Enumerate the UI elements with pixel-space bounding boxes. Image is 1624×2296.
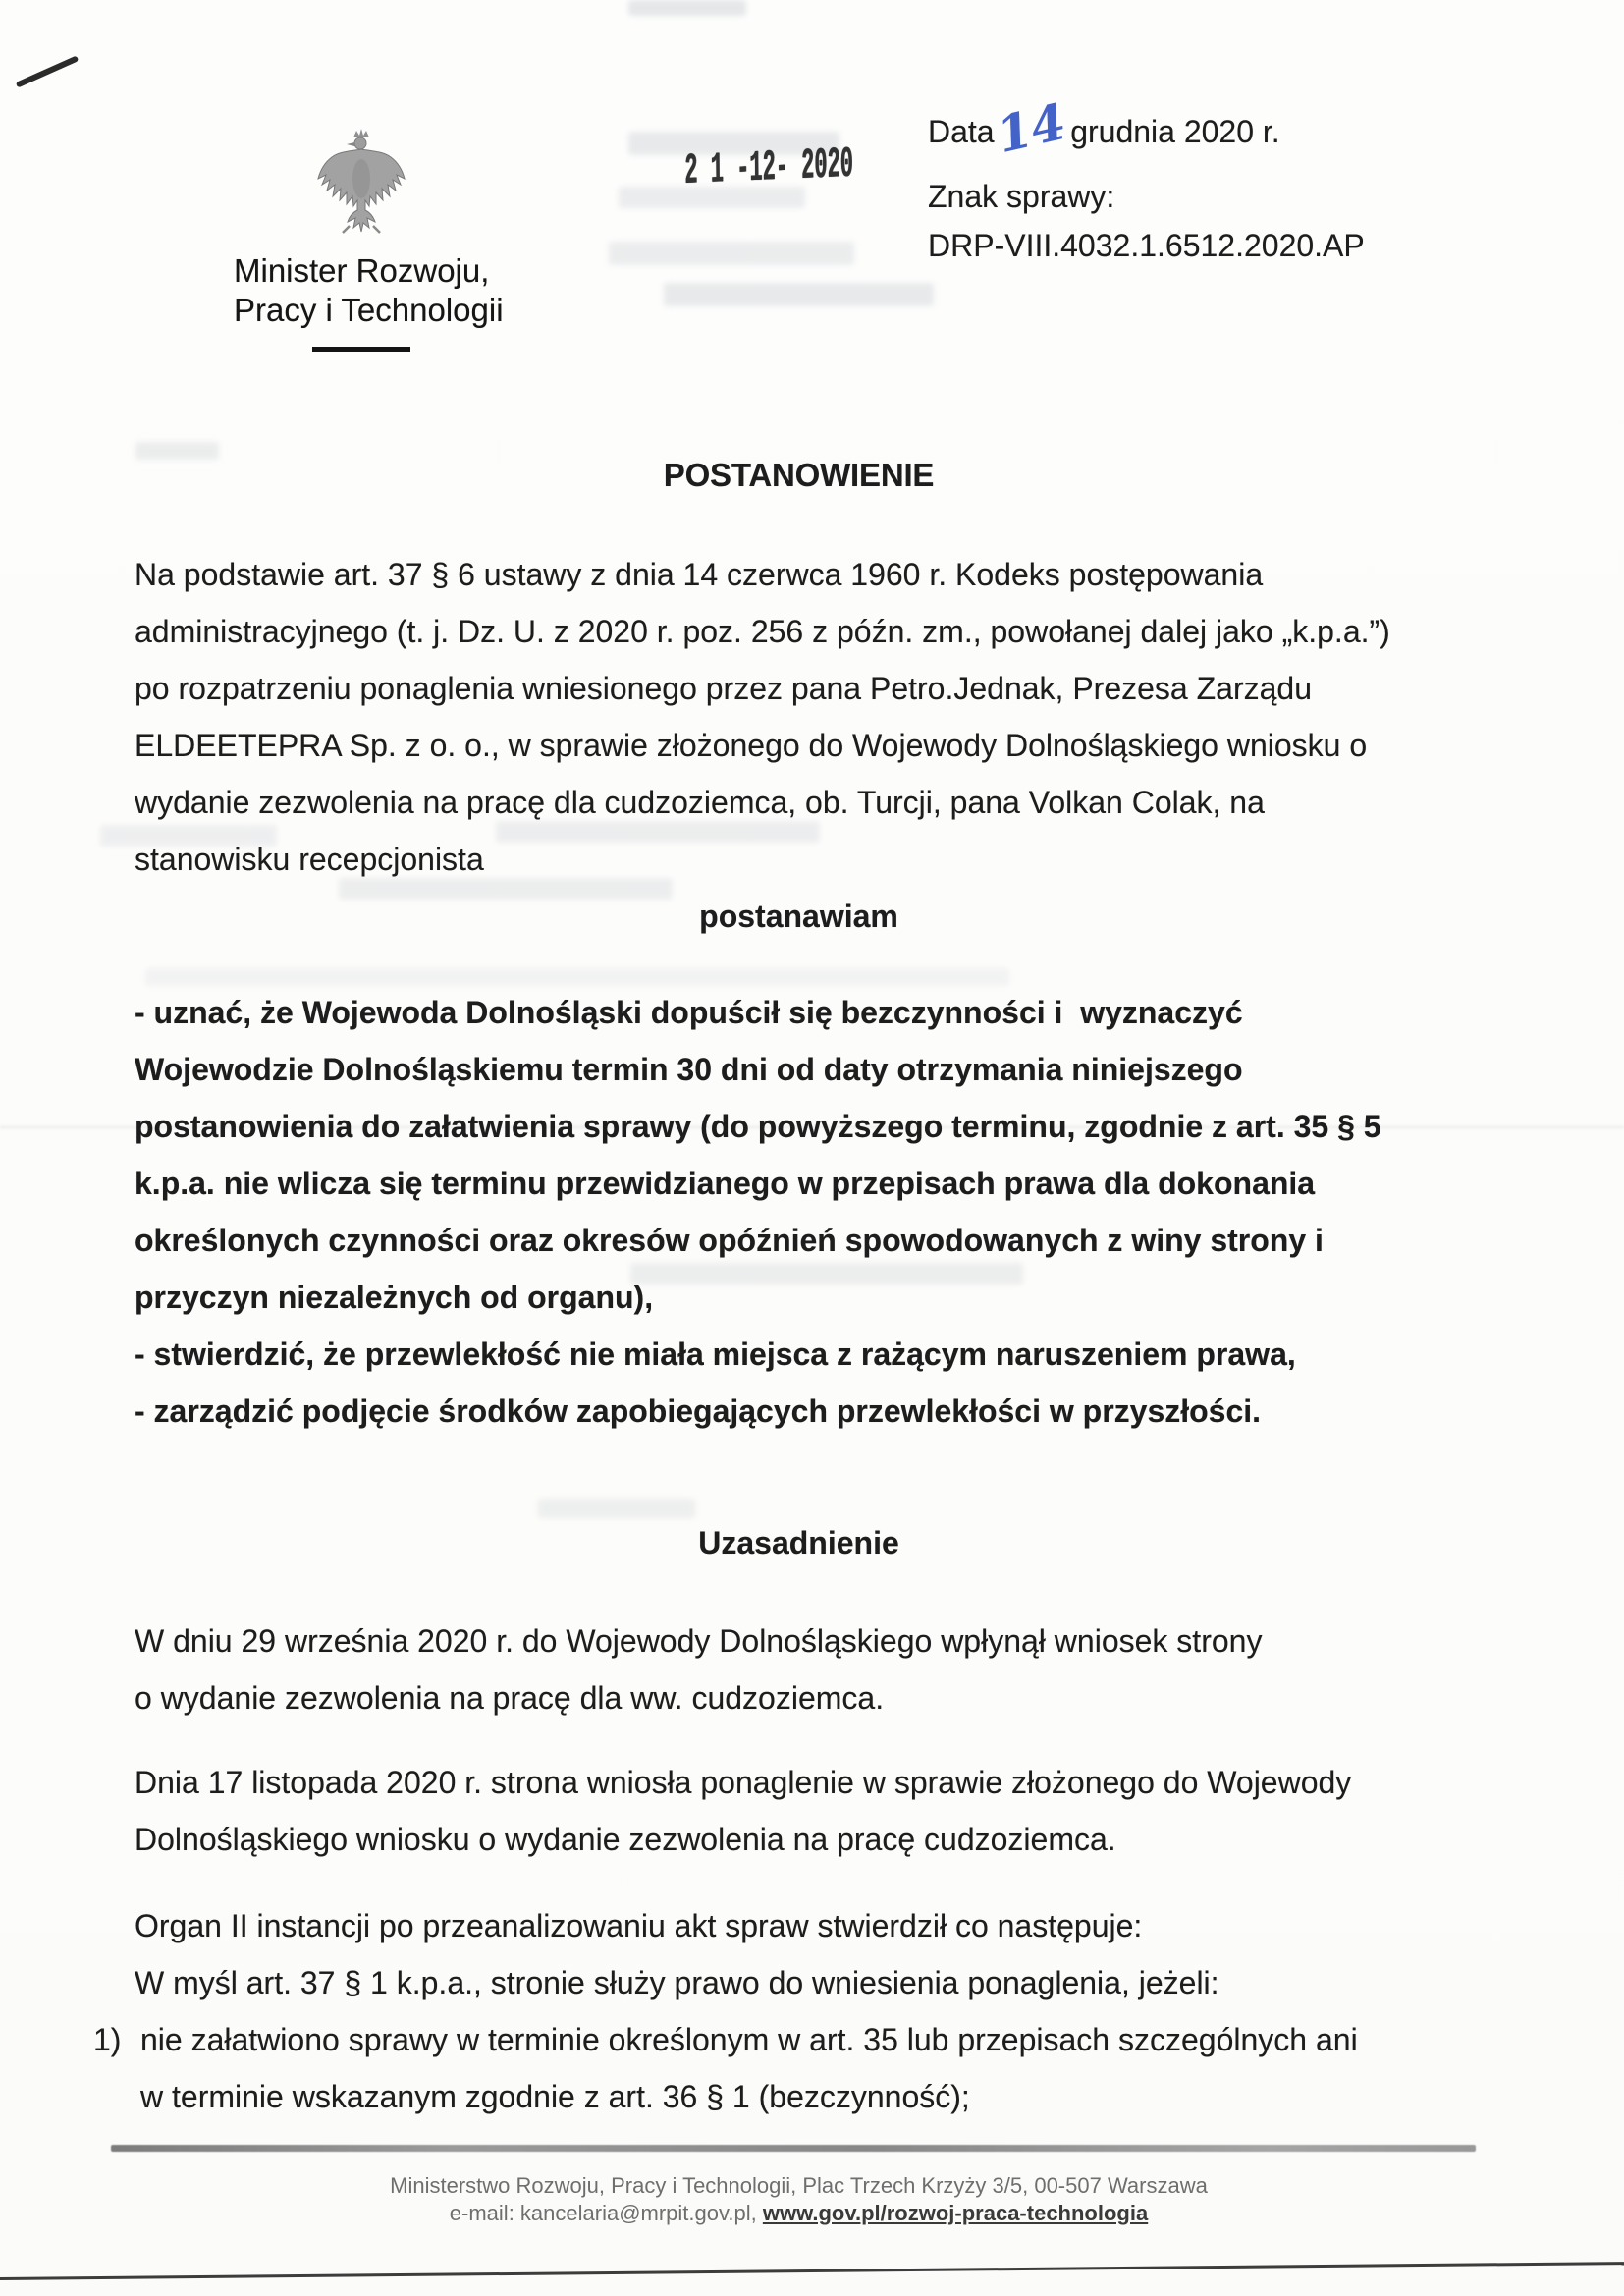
justification-heading: Uzasadnienie <box>135 1514 1463 1571</box>
list-item-marker: 1) <box>93 2011 121 2068</box>
letterhead: Minister Rozwoju, Pracy i Technologii <box>234 128 489 352</box>
footer-email-text: e-mail: kancelaria@mrpit.gov.pl, <box>450 2201 763 2225</box>
paragraph-line: o wydanie zezwolenia na pracę dla ww. cu… <box>135 1669 1499 1726</box>
justification-paragraph-1: W dniu 29 września 2020 r. do Wojewody D… <box>135 1613 1499 1726</box>
document-title: POSTANOWIENIE <box>135 447 1463 504</box>
list-item-1: nie załatwiono sprawy w terminie określo… <box>140 2011 1505 2125</box>
intro-line: stanowisku recepcjonista <box>135 831 1499 888</box>
paragraph-line: W myśl art. 37 § 1 k.p.a., stronie służy… <box>135 1954 1499 2011</box>
letterhead-rule <box>312 347 410 352</box>
intro-line: wydanie zezwolenia na pracę dla cudzozie… <box>135 774 1499 831</box>
intro-line: administracyjnego (t. j. Dz. U. z 2020 r… <box>135 603 1499 660</box>
operative-line: - zarządzić podjęcie środków zapobiegają… <box>135 1383 1499 1440</box>
sender-name-line1: Minister Rozwoju, <box>234 251 489 291</box>
sender-name: Minister Rozwoju, Pracy i Technologii <box>234 251 489 330</box>
justification-paragraph-3: Organ II instancji po przeanalizowaniu a… <box>135 1897 1499 2011</box>
operative-part: - uznać, że Wojewoda Dolnośląski dopuści… <box>135 984 1499 1440</box>
footer-rule <box>111 2145 1476 2152</box>
operative-line: określonych czynności oraz okresów opóźn… <box>135 1212 1499 1269</box>
paragraph-line: Dolnośląskiego wniosku o wydanie zezwole… <box>135 1811 1499 1868</box>
date-label: Data <box>928 114 995 149</box>
paragraph-line: W dniu 29 września 2020 r. do Wojewody D… <box>135 1613 1499 1669</box>
operative-line: postanowienia do załatwienia sprawy (do … <box>135 1098 1499 1155</box>
sender-name-line2: Pracy i Technologii <box>234 291 489 330</box>
handwritten-day: 14 <box>998 121 1064 137</box>
intro-line: Na podstawie art. 37 § 6 ustawy z dnia 1… <box>135 546 1499 603</box>
operative-heading: postanawiam <box>135 888 1463 945</box>
date-line: Data14grudnia 2020 r. <box>928 110 1280 153</box>
footer-contact-line: e-mail: kancelaria@mrpit.gov.pl, www.gov… <box>135 2200 1463 2227</box>
list-item-line: nie załatwiono sprawy w terminie określo… <box>140 2011 1505 2068</box>
footer-address: Ministerstwo Rozwoju, Pracy i Technologi… <box>135 2172 1463 2200</box>
scanned-document-page: Minister Rozwoju, Pracy i Technologii 2 … <box>0 0 1624 2296</box>
bleed-through-artifact <box>609 242 854 265</box>
justification-paragraph-2: Dnia 17 listopada 2020 r. strona wniosła… <box>135 1754 1499 1868</box>
footer-url-text: www.gov.pl/rozwoj-praca-technologia <box>763 2201 1148 2225</box>
operative-line: przyczyn niezależnych od organu), <box>135 1269 1499 1326</box>
operative-line: - uznać, że Wojewoda Dolnośląski dopuści… <box>135 984 1499 1041</box>
intro-paragraph: Na podstawie art. 37 § 6 ustawy z dnia 1… <box>135 546 1499 888</box>
bleed-through-artifact <box>628 0 746 16</box>
operative-line: k.p.a. nie wlicza się terminu przewidzia… <box>135 1155 1499 1212</box>
paragraph-line: Organ II instancji po przeanalizowaniu a… <box>135 1897 1499 1954</box>
intro-line: po rozpatrzeniu ponaglenia wniesionego p… <box>135 660 1499 717</box>
intro-line: ELDEETEPRA Sp. z o. o., w sprawie złożon… <box>135 717 1499 774</box>
scan-edge-line <box>0 2262 1624 2280</box>
operative-line: Wojewodzie Dolnośląskiemu termin 30 dni … <box>135 1041 1499 1098</box>
footer: Ministerstwo Rozwoju, Pracy i Technologi… <box>135 2172 1463 2227</box>
paragraph-line: Dnia 17 listopada 2020 r. strona wniosła… <box>135 1754 1499 1811</box>
pen-mark-artifact <box>16 55 80 87</box>
case-number: DRP-VIII.4032.1.6512.2020.AP <box>928 224 1365 267</box>
operative-line: - stwierdzić, że przewlekłość nie miała … <box>135 1326 1499 1383</box>
received-date-stamp: 2 1 -12- 2020 <box>684 140 853 196</box>
list-item-line: w terminie wskazanym zgodnie z art. 36 §… <box>140 2068 1505 2125</box>
bleed-through-artifact <box>664 283 934 306</box>
case-label: Znak sprawy: <box>928 175 1114 218</box>
polish-eagle-emblem <box>314 128 408 238</box>
date-suffix: grudnia 2020 r. <box>1070 114 1280 149</box>
